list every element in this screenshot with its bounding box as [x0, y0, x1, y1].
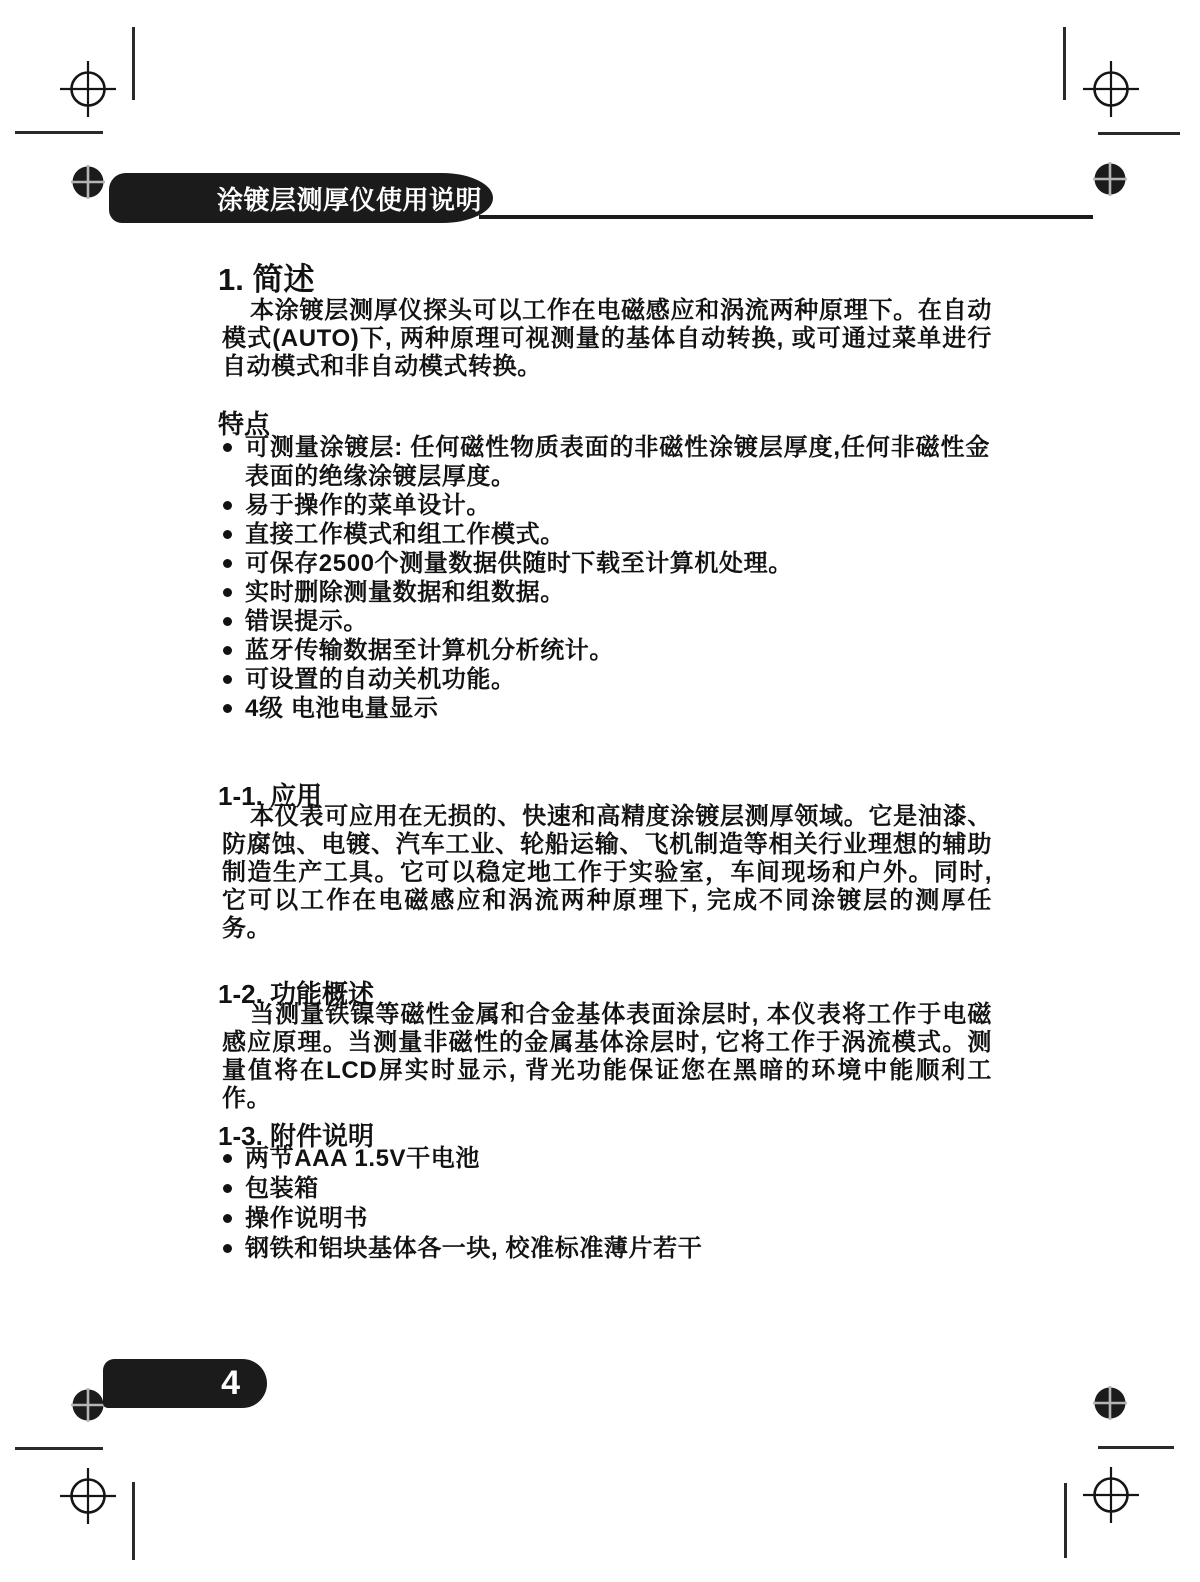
section-intro-paragraph: 本涂镀层测厚仪探头可以工作在电磁感应和涡流两种原理下。在自动模式(AUTO)下,…	[222, 297, 992, 381]
header-rule	[479, 215, 1093, 219]
list-item: 钢铁和铝块基体各一块, 校准标准薄片若干	[218, 1234, 990, 1264]
crop-mark-line	[132, 27, 135, 100]
header-banner: 涂镀层测厚仪使用说明	[109, 173, 493, 223]
registration-target-icon	[1081, 59, 1141, 119]
header-banner-title: 涂镀层测厚仪使用说明	[217, 173, 482, 223]
registration-dot-icon	[1092, 1385, 1128, 1421]
list-item: 操作说明书	[218, 1204, 990, 1234]
list-item: 直接工作模式和组工作模式。	[218, 520, 990, 549]
list-item: 蓝牙传输数据至计算机分析统计。	[218, 636, 990, 665]
section-overview-paragraph: 当测量铁镍等磁性金属和合金基体表面涂层时, 本仪表将工作于电磁感应原理。当测量非…	[222, 1001, 992, 1113]
crop-mark-line	[15, 1447, 103, 1450]
list-item: 实时删除测量数据和组数据。	[218, 578, 990, 607]
list-item: 可测量涂镀层: 任何磁性物质表面的非磁性涂镀层厚度,任何非磁性金表面的绝缘涂镀层…	[218, 433, 990, 491]
registration-target-icon	[58, 1466, 118, 1526]
crop-mark-line	[15, 131, 103, 134]
list-item: 包装箱	[218, 1174, 990, 1204]
crop-mark-line	[1064, 1483, 1067, 1558]
registration-dot-icon	[70, 1387, 106, 1423]
list-item: 易于操作的菜单设计。	[218, 491, 990, 520]
list-item: 4级 电池电量显示	[218, 694, 990, 723]
crop-mark-line	[1098, 132, 1180, 135]
crop-mark-line	[1098, 1446, 1174, 1449]
registration-dot-icon	[70, 164, 106, 200]
section-application-paragraph: 本仪表可应用在无损的、快速和高精度涂镀层测厚领域。它是油漆、防腐蚀、电镀、汽车工…	[222, 803, 992, 943]
list-item: 两节AAA 1.5V干电池	[218, 1144, 990, 1174]
registration-target-icon	[58, 59, 118, 119]
registration-target-icon	[1081, 1465, 1141, 1525]
section-intro-heading: 1. 简述	[218, 254, 314, 299]
accessories-list: 两节AAA 1.5V干电池 包装箱 操作说明书 钢铁和铝块基体各一块, 校准标准…	[218, 1144, 990, 1264]
crop-mark-line	[132, 1482, 135, 1560]
list-item: 可设置的自动关机功能。	[218, 665, 990, 694]
crop-mark-line	[1063, 27, 1066, 100]
page-number: 4	[221, 1359, 240, 1408]
page-number-tab: 4	[103, 1359, 267, 1408]
list-item: 可保存2500个测量数据供随时下载至计算机处理。	[218, 549, 990, 578]
features-list: 可测量涂镀层: 任何磁性物质表面的非磁性涂镀层厚度,任何非磁性金表面的绝缘涂镀层…	[218, 433, 990, 723]
list-item: 错误提示。	[218, 607, 990, 636]
registration-dot-icon	[1092, 161, 1128, 197]
manual-page: 涂镀层测厚仪使用说明 1. 简述 本涂镀层测厚仪探头可以工作在电磁感应和涡流两种…	[0, 0, 1200, 1582]
